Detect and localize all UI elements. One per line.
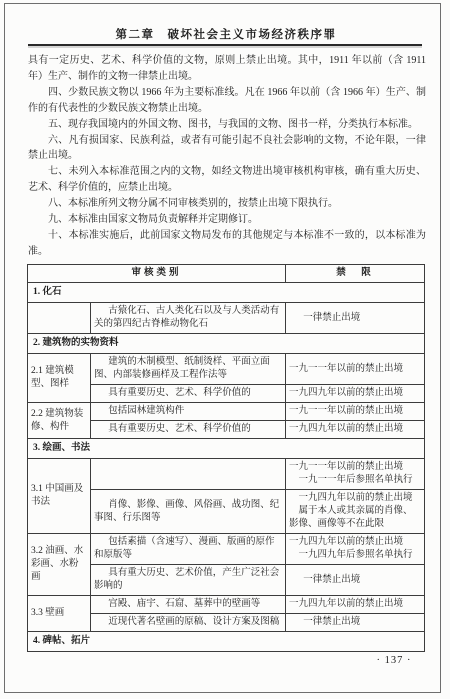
section-row-painting-calligraphy: 3. 绘画、书法 (28, 439, 425, 459)
description-cell: 具有重要历史、艺术、科学价值的 (91, 385, 286, 403)
category-cell: 3.3 壁画 (28, 596, 91, 632)
category-cell: 2.1 建筑模型、图样 (28, 354, 91, 403)
section-row-fossils: 1. 化石 (28, 283, 425, 303)
body-paragraph: 四、少数民族文物以 1966 年为主要标准线。凡在 1966 年以前（含 196… (28, 85, 426, 117)
restriction-cell: 一九四九年以前的禁止出境 (286, 385, 425, 403)
body-paragraph: 具有一定历史、艺术、科学价值的文物，原则上禁止出境。其中，1911 年以前（含 … (28, 53, 426, 85)
description-cell: 近现代著名壁画的原稿、设计方案及图稿 (91, 614, 286, 632)
description-cell: 建筑的木制模型、纸制烫样、平面立面图、内部装修画样及工程作法等 (91, 354, 286, 385)
restriction-cell: 一九四九年以前的禁止出境 一九四九年后参照名单执行 (286, 534, 425, 565)
table-row: 2.2 建筑物装修、构件 包括园林建筑构件 一九一一年以前的禁止出境 (28, 403, 425, 421)
restriction-cell: 一九四九年以前的禁止出境 属于本人或其亲属的肖像、影像、画像等不在此限 (286, 490, 425, 534)
table-row: 3.2 油画、水彩画、水粉画 包括素描（含速写）、漫画、版画的原作和原版等 一九… (28, 534, 425, 565)
category-cell: 2.2 建筑物装修、构件 (28, 403, 91, 439)
description-cell: 肖像、影像、画像、风俗画、战功图、纪事图、行乐图等 (91, 490, 286, 534)
table-header-row: 审核类别 禁 限 (28, 265, 425, 283)
chapter-header: 第二章 破坏社会主义市场经济秩序罪 (28, 26, 424, 42)
section-row-building-materials: 2. 建筑物的实物资料 (28, 334, 425, 354)
restriction-cell: 一九一一年以前的禁止出境 (286, 403, 425, 421)
column-header-category: 审核类别 (28, 265, 286, 283)
category-cell: 3.2 油画、水彩画、水粉画 (28, 534, 91, 596)
table-row: 古猿化石、古人类化石以及与人类活动有关的第四纪古脊椎动物化石 一律禁止出境 (28, 303, 425, 334)
body-paragraph: 五、现存我国境内的外国文物、图书，与我国的文物、图书一样，分类执行本标准。 (28, 117, 426, 133)
body-paragraph: 六、凡有损国家、民族利益，或者有可能引起不良社会影响的文物，不论年限，一律禁止出… (28, 133, 426, 165)
column-header-restriction: 禁 限 (286, 265, 425, 283)
page-number: · 137 · (358, 655, 430, 666)
restriction-cell: 一九一一年以前的禁止出境 一九一一年后参照名单执行 (286, 459, 425, 490)
description-cell: 具有重要历史、艺术、科学价值的 (91, 421, 286, 439)
restriction-cell: 一律禁止出境 (286, 565, 425, 596)
description-cell (91, 459, 286, 490)
export-review-table-wrap: 审核类别 禁 限 1. 化石 古猿化石、古人类化石以及与人类活动有关的第四纪古脊… (27, 264, 424, 652)
body-paragraph: 七、未列入本标准范围之内的文物，如经文物进出境审核机构审核，确有重大历史、艺术、… (28, 164, 426, 196)
scanned-book-page: 第二章 破坏社会主义市场经济秩序罪 具有一定历史、艺术、科学价值的文物，原则上禁… (0, 0, 450, 699)
description-cell: 宫殿、庙宇、石窟、墓葬中的壁画等 (91, 596, 286, 614)
body-text: 具有一定历史、艺术、科学价值的文物，原则上禁止出境。其中，1911 年以前（含 … (28, 53, 426, 260)
section-title: 2. 建筑物的实物资料 (28, 334, 425, 354)
header-rule (28, 44, 422, 46)
description-cell: 古猿化石、古人类化石以及与人类活动有关的第四纪古脊椎动物化石 (91, 303, 286, 334)
restriction-cell: 一九四九年以前的禁止出境 (286, 421, 425, 439)
description-cell: 包括园林建筑构件 (91, 403, 286, 421)
body-paragraph: 九、本标准由国家文物局负责解释并定期修订。 (28, 212, 426, 228)
category-cell (28, 303, 91, 334)
description-cell: 具有重大历史、艺术价值，产生广泛社会影响的 (91, 565, 286, 596)
description-cell: 包括素描（含速写）、漫画、版画的原作和原版等 (91, 534, 286, 565)
export-review-table: 审核类别 禁 限 1. 化石 古猿化石、古人类化石以及与人类活动有关的第四纪古脊… (27, 264, 425, 652)
restriction-cell: 一律禁止出境 (286, 303, 425, 334)
section-title: 3. 绘画、书法 (28, 439, 425, 459)
section-title: 1. 化石 (28, 283, 425, 303)
section-title: 4. 碑帖、拓片 (28, 632, 425, 652)
restriction-cell: 一律禁止出境 (286, 614, 425, 632)
table-row: 3.1 中国画及书法 一九一一年以前的禁止出境 一九一一年后参照名单执行 (28, 459, 425, 490)
category-cell: 3.1 中国画及书法 (28, 459, 91, 534)
body-paragraph: 十、本标准实施后，此前国家文物局发布的其他规定与本标准不一致的，以本标准为准。 (28, 228, 426, 260)
restriction-cell: 一九一一年以前的禁止出境 (286, 354, 425, 385)
body-paragraph: 八、本标准所列文物分属不同审核类别的，按禁止出境下限执行。 (28, 196, 426, 212)
table-row: 2.1 建筑模型、图样 建筑的木制模型、纸制烫样、平面立面图、内部装修画样及工程… (28, 354, 425, 385)
restriction-cell: 一九四九年以前的禁止出境 (286, 596, 425, 614)
section-row-rubbings: 4. 碑帖、拓片 (28, 632, 425, 652)
table-row: 3.3 壁画 宫殿、庙宇、石窟、墓葬中的壁画等 一九四九年以前的禁止出境 (28, 596, 425, 614)
